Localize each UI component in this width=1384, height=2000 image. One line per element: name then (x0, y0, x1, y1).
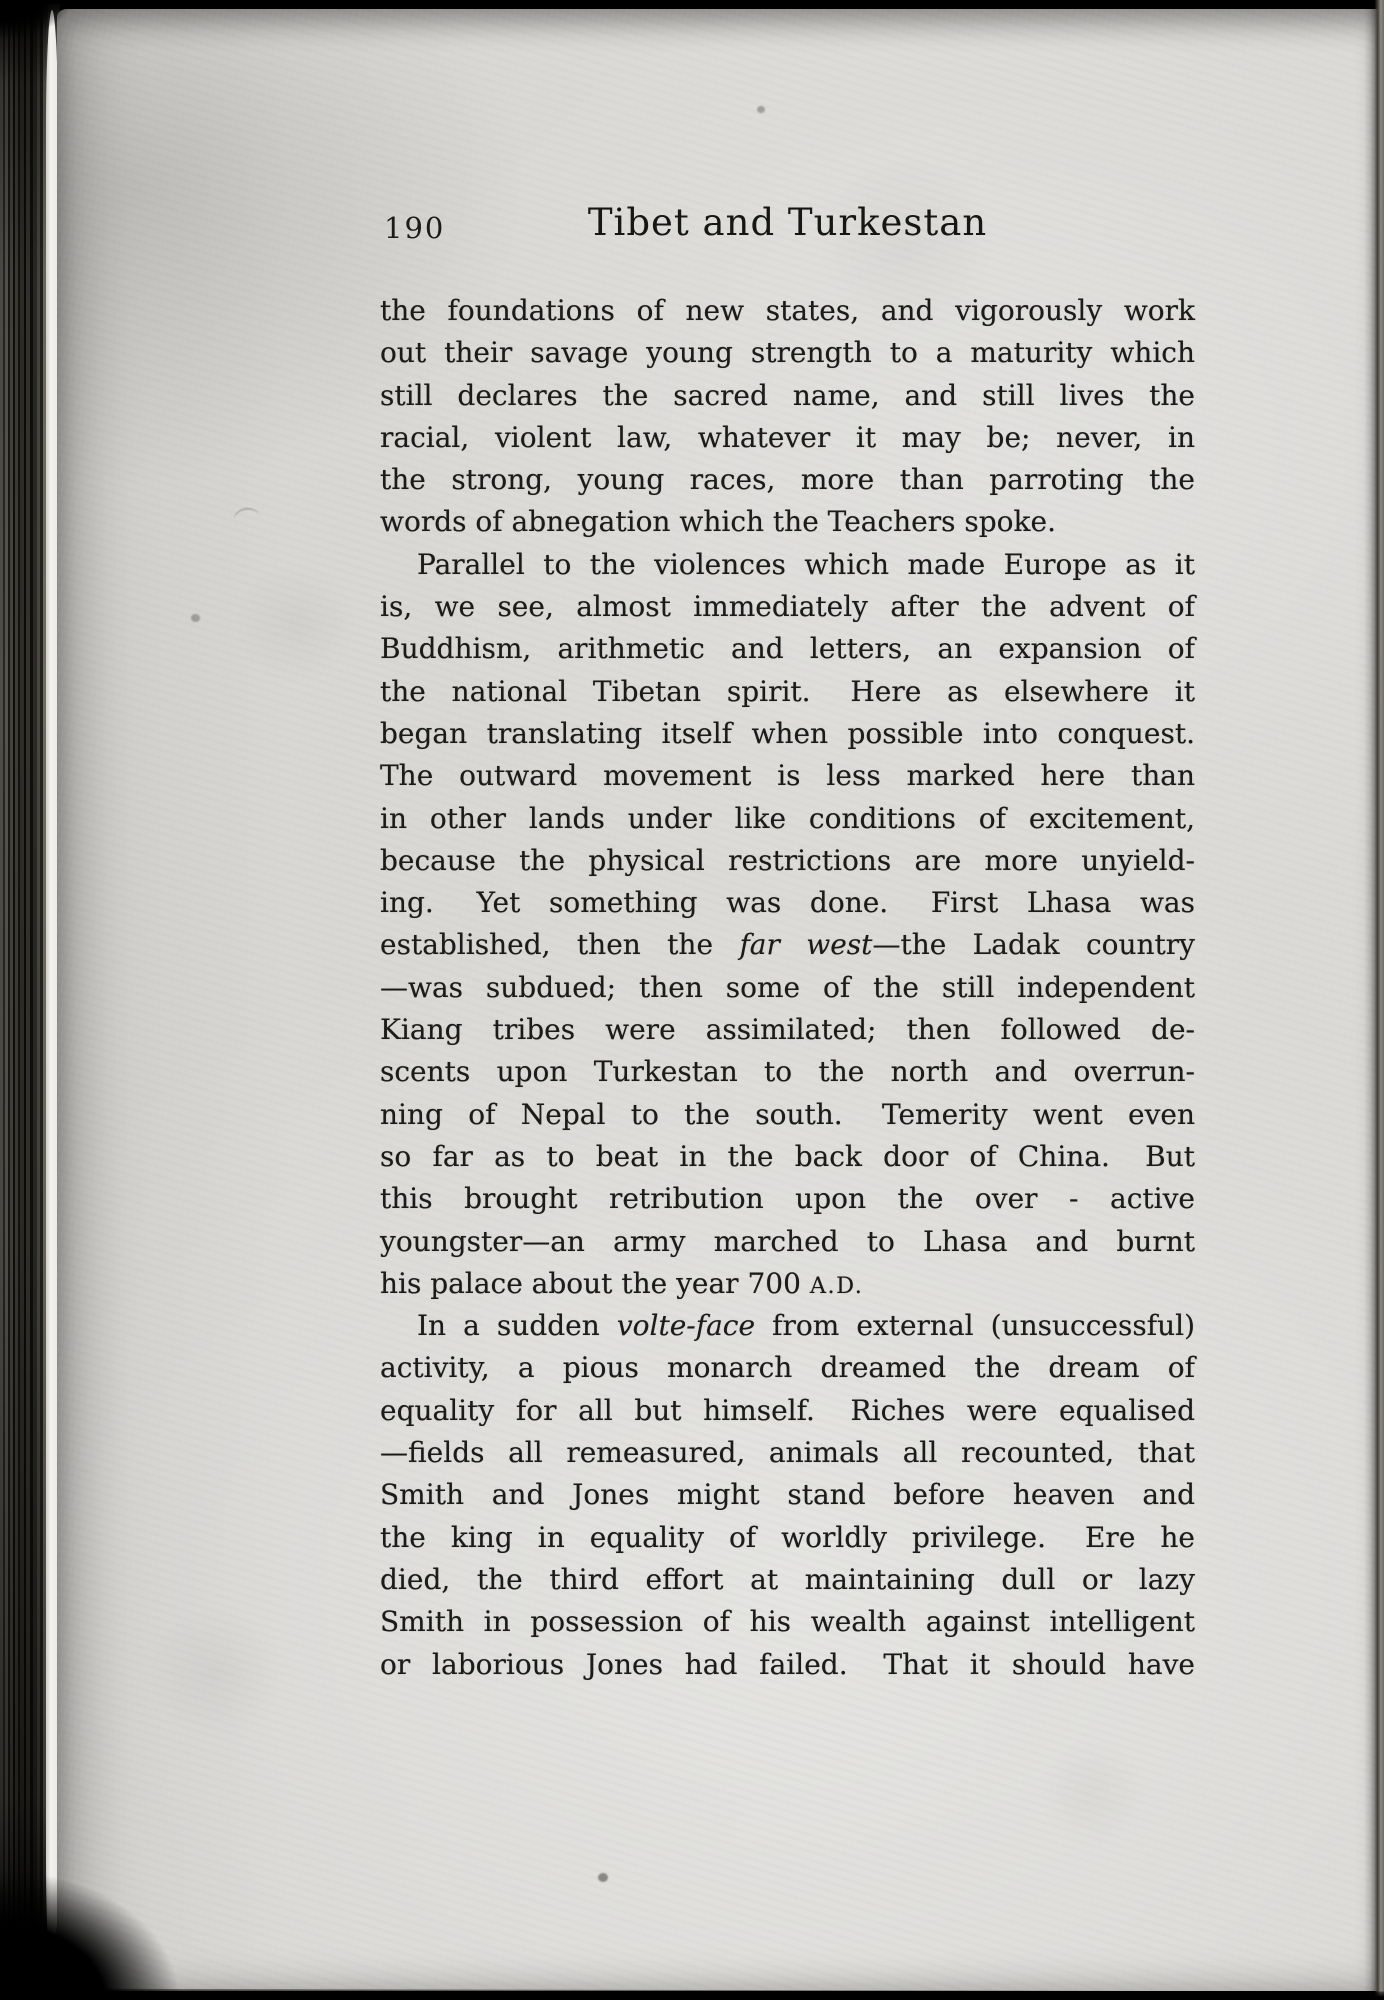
text-segment-small-caps: A.D. (810, 1273, 864, 1299)
text-line: the national Tibetan spirit. Here as els… (380, 671, 1195, 713)
text-segment: In a sudden (417, 1309, 617, 1342)
text-line: ing. Yet something was done. First Lhasa… (380, 882, 1195, 924)
text-line: Parallel to the violences which made Eur… (380, 544, 1195, 586)
text-segment: because the physical restrictions are mo… (380, 844, 1195, 877)
text-line: or laborious Jones had failed. That it s… (380, 1644, 1195, 1686)
text-line: in other lands under like conditions of … (380, 798, 1195, 840)
text-segment: —the Ladak country (872, 928, 1195, 961)
photo-corner-shadow (0, 0, 110, 60)
book-scan-scene: 190 Tibet and Turkestan the foundations … (0, 0, 1384, 2000)
text-segment: The outward movement is less marked here… (380, 759, 1195, 792)
text-line: died, the third effort at maintaining du… (380, 1559, 1195, 1601)
text-line: youngster—an army marched to Lhasa and b… (380, 1221, 1195, 1263)
text-line: so far as to beat in the back door of Ch… (380, 1136, 1195, 1178)
text-segment: ing. Yet something was done. First Lhasa… (380, 886, 1195, 919)
text-line: racial, violent law, whatever it may be;… (380, 417, 1195, 459)
text-segment: Smith and Jones might stand before heave… (380, 1478, 1195, 1511)
text-line: the strong, young races, more than parro… (380, 459, 1195, 501)
text-segment: began translating itself when possible i… (380, 717, 1195, 750)
text-line: words of abnegation which the Teachers s… (380, 501, 1195, 543)
text-line: ning of Nepal to the south. Temerity wen… (380, 1094, 1195, 1136)
text-segment: from external (unsuccessful) (755, 1309, 1195, 1342)
text-segment: died, the third effort at maintaining du… (380, 1563, 1195, 1596)
text-segment: ning of Nepal to the south. Temerity wen… (380, 1098, 1195, 1131)
book-page: 190 Tibet and Turkestan the foundations … (57, 9, 1384, 1991)
text-line: the king in equality of worldly privileg… (380, 1517, 1195, 1559)
text-segment: scents upon Turkestan to the north and o… (380, 1055, 1195, 1088)
text-line: still declares the sacred name, and stil… (380, 375, 1195, 417)
text-segment: established, then the (380, 928, 739, 961)
text-segment: his palace about the year 700 (380, 1267, 810, 1300)
text-segment: the strong, young races, more than parro… (380, 463, 1195, 496)
text-line: because the physical restrictions are mo… (380, 840, 1195, 882)
text-line: is, we see, almost immediately after the… (380, 586, 1195, 628)
text-segment: words of abnegation which the Teachers s… (380, 505, 1056, 538)
text-segment: Buddhism, arithmetic and letters, an exp… (380, 632, 1195, 665)
text-segment: the foundations of new states, and vigor… (380, 294, 1195, 327)
running-title: Tibet and Turkestan (380, 202, 1195, 244)
text-line: this brought retribution upon the over -… (380, 1178, 1195, 1220)
text-segment-italic: far west (739, 928, 872, 961)
text-segment: —was subdued; then some of the still ind… (380, 971, 1195, 1004)
page-text: the foundations of new states, and vigor… (380, 290, 1195, 1686)
text-line: The outward movement is less marked here… (380, 755, 1195, 797)
text-segment: still declares the sacred name, and stil… (380, 379, 1195, 412)
text-line: established, then the far west—the Ladak… (380, 924, 1195, 966)
text-segment: the king in equality of worldly privileg… (380, 1521, 1195, 1554)
text-segment: activity, a pious monarch dreamed the dr… (380, 1351, 1195, 1384)
text-line: out their savage young strength to a mat… (380, 332, 1195, 374)
photo-corner-shadow (0, 1820, 250, 2000)
text-line: equality for all but himself. Riches wer… (380, 1390, 1195, 1432)
text-segment: Smith in possession of his wealth agains… (380, 1605, 1195, 1638)
photo-edge-shadow (1364, 0, 1384, 2000)
text-segment: —fields all remeasured, animals all reco… (380, 1436, 1195, 1469)
text-segment: the national Tibetan spirit. Here as els… (380, 675, 1195, 708)
text-line: Smith and Jones might stand before heave… (380, 1474, 1195, 1516)
text-segment: racial, violent law, whatever it may be;… (380, 421, 1195, 454)
text-line: Smith in possession of his wealth agains… (380, 1601, 1195, 1643)
text-segment-italic: volte-face (617, 1309, 755, 1342)
text-line: —was subdued; then some of the still ind… (380, 967, 1195, 1009)
text-segment: this brought retribution upon the over -… (380, 1182, 1195, 1215)
text-segment: is, we see, almost immediately after the… (380, 590, 1195, 623)
text-line: Kiang tribes were assimilated; then foll… (380, 1009, 1195, 1051)
text-line: activity, a pious monarch dreamed the dr… (380, 1347, 1195, 1389)
text-segment: Kiang tribes were assimilated; then foll… (380, 1013, 1195, 1046)
text-segment: in other lands under like conditions of … (380, 802, 1195, 835)
text-line: began translating itself when possible i… (380, 713, 1195, 755)
text-line: Buddhism, arithmetic and letters, an exp… (380, 628, 1195, 670)
text-segment: out their savage young strength to a mat… (380, 336, 1195, 369)
text-line: his palace about the year 700 A.D. (380, 1263, 1195, 1305)
text-line: scents upon Turkestan to the north and o… (380, 1051, 1195, 1093)
text-line: In a sudden volte-face from external (un… (380, 1305, 1195, 1347)
text-segment: youngster—an army marched to Lhasa and b… (380, 1225, 1195, 1258)
text-line: —fields all remeasured, animals all reco… (380, 1432, 1195, 1474)
text-segment: so far as to beat in the back door of Ch… (380, 1140, 1195, 1173)
text-segment: equality for all but himself. Riches wer… (380, 1394, 1195, 1427)
photo-edge-shadow (0, 1989, 1384, 2000)
text-segment: or laborious Jones had failed. That it s… (380, 1648, 1195, 1681)
text-line: the foundations of new states, and vigor… (380, 290, 1195, 332)
text-segment: Parallel to the violences which made Eur… (417, 548, 1195, 581)
